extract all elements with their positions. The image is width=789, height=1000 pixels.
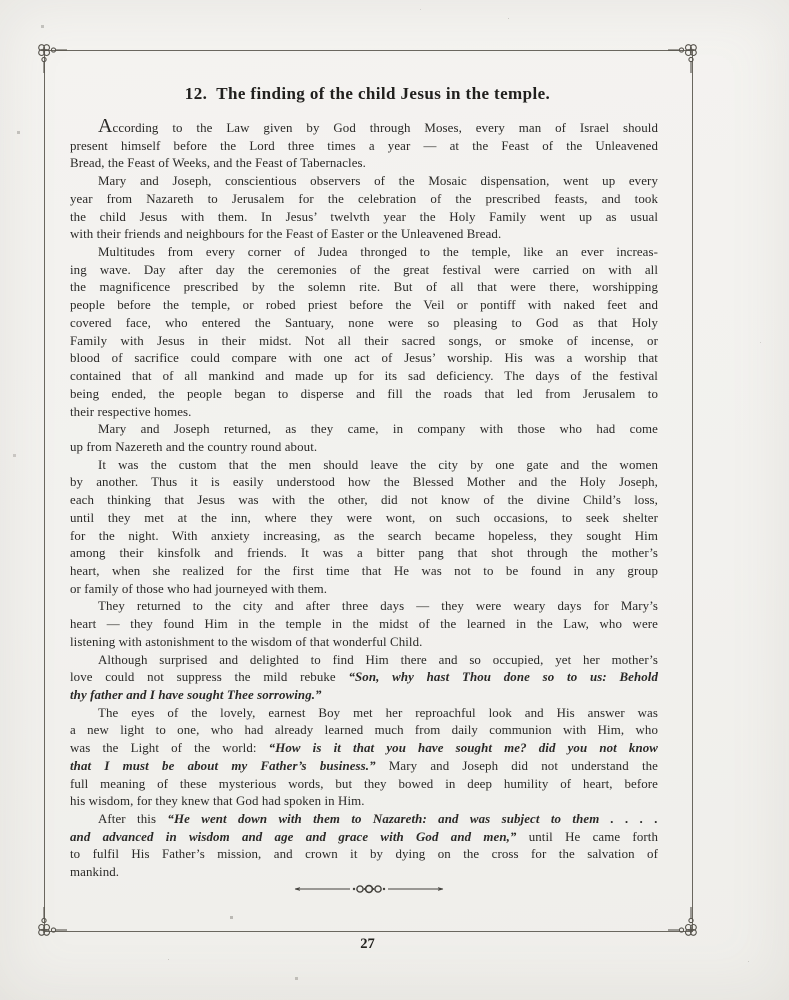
text-line: among their kinsfolk and friends. It was…: [70, 545, 658, 563]
text-line: his wisdom, for they knew that God had s…: [70, 793, 658, 811]
page-number: 27: [44, 936, 691, 953]
text-line: each thinking that Jesus was with the ot…: [70, 492, 658, 510]
text-line: people before the temple, or robed pries…: [70, 297, 658, 315]
text-line: The eyes of the lovely, earnest Boy met …: [70, 705, 658, 723]
text-line: It was the custom that the men should le…: [70, 457, 658, 475]
corner-rosette-ornament-icon: [668, 43, 698, 73]
paragraph: According to the Law given by God throug…: [70, 118, 658, 173]
text-line: listening with astonishment to the wisdo…: [70, 634, 658, 652]
text-line: full meaning of these mysterious words, …: [70, 776, 658, 794]
text-line: and advanced in wisdom and age and grace…: [70, 829, 658, 847]
text-line: mankind.: [70, 864, 658, 882]
text-line: was the Light of the world: “How is it t…: [70, 740, 658, 758]
text-line: for the night. With anxiety increasing, …: [70, 528, 658, 546]
page-body-text: According to the Law given by God throug…: [70, 118, 658, 882]
text-line: being ended, the people began to dispers…: [70, 386, 658, 404]
corner-rosette-ornament-icon: [37, 43, 67, 73]
text-line: heart — they found Him in the temple in …: [70, 616, 658, 634]
text-line: year from Nazareth to Jerusalem for the …: [70, 191, 658, 209]
text-line: by another. Thus it is easily understood…: [70, 474, 658, 492]
text-line: the child Jesus with them. In Jesus’ twe…: [70, 209, 658, 227]
paragraph: After this “He went down with them to Na…: [70, 811, 658, 882]
text-line: or family of those who had journeyed wit…: [70, 581, 658, 599]
text-line: blood of sacrifice could compare with on…: [70, 350, 658, 368]
text-line: According to the Law given by God throug…: [70, 118, 658, 138]
text-line: Bread, the Feast of Weeks, and the Feast…: [70, 155, 658, 173]
text-line: with their friends and neighbours for th…: [70, 226, 658, 244]
text-line: After this “He went down with them to Na…: [70, 811, 658, 829]
text-line: Although surprised and delighted to find…: [70, 652, 658, 670]
text-line: contained that of all mankind and made u…: [70, 368, 658, 386]
paragraph: Multitudes from every corner of Judea th…: [70, 244, 658, 421]
text-line: ing wave. Day after day the ceremonies o…: [70, 262, 658, 280]
corner-rosette-ornament-icon: [668, 907, 698, 937]
text-line: covered face, who entered the Santuary, …: [70, 315, 658, 333]
text-line: up from Nazereth and the country round a…: [70, 439, 658, 457]
text-line: Mary and Joseph, conscientious observers…: [70, 173, 658, 191]
paragraph: Although surprised and delighted to find…: [70, 652, 658, 705]
text-line: the magnificence prescribed by the solem…: [70, 279, 658, 297]
text-line: a new light to one, who had already lear…: [70, 722, 658, 740]
text-line: thy father and I have sought Thee sorrow…: [70, 687, 658, 705]
beaded-rule-divider-icon: [294, 882, 444, 896]
text-line: present himself before the Lord three ti…: [70, 138, 658, 156]
text-line: Family with Jesus in their midst. Not al…: [70, 333, 658, 351]
text-line: Multitudes from every corner of Judea th…: [70, 244, 658, 262]
text-line: love could not suppress the mild rebuke …: [70, 669, 658, 687]
text-line: heart, when she realized for the first t…: [70, 563, 658, 581]
text-line: to fulfil His Father’s mission, and crow…: [70, 846, 658, 864]
chapter-title: 12. The finding of the child Jesus in th…: [44, 84, 691, 104]
paragraph: Mary and Joseph, conscientious observers…: [70, 173, 658, 244]
paragraph: It was the custom that the men should le…: [70, 457, 658, 599]
text-line: that I must be about my Father’s busines…: [70, 758, 658, 776]
paragraph: Mary and Joseph returned, as they came, …: [70, 421, 658, 456]
text-line: until they met at the inn, where they we…: [70, 510, 658, 528]
paper-speck-artifacts: [0, 0, 1, 1]
paragraph: The eyes of the lovely, earnest Boy met …: [70, 705, 658, 811]
paragraph: They returned to the city and after thre…: [70, 598, 658, 651]
corner-rosette-ornament-icon: [37, 907, 67, 937]
text-line: They returned to the city and after thre…: [70, 598, 658, 616]
text-line: Mary and Joseph returned, as they came, …: [70, 421, 658, 439]
scanned-book-page: 12. The finding of the child Jesus in th…: [0, 0, 789, 1000]
text-line: their respective homes.: [70, 404, 658, 422]
